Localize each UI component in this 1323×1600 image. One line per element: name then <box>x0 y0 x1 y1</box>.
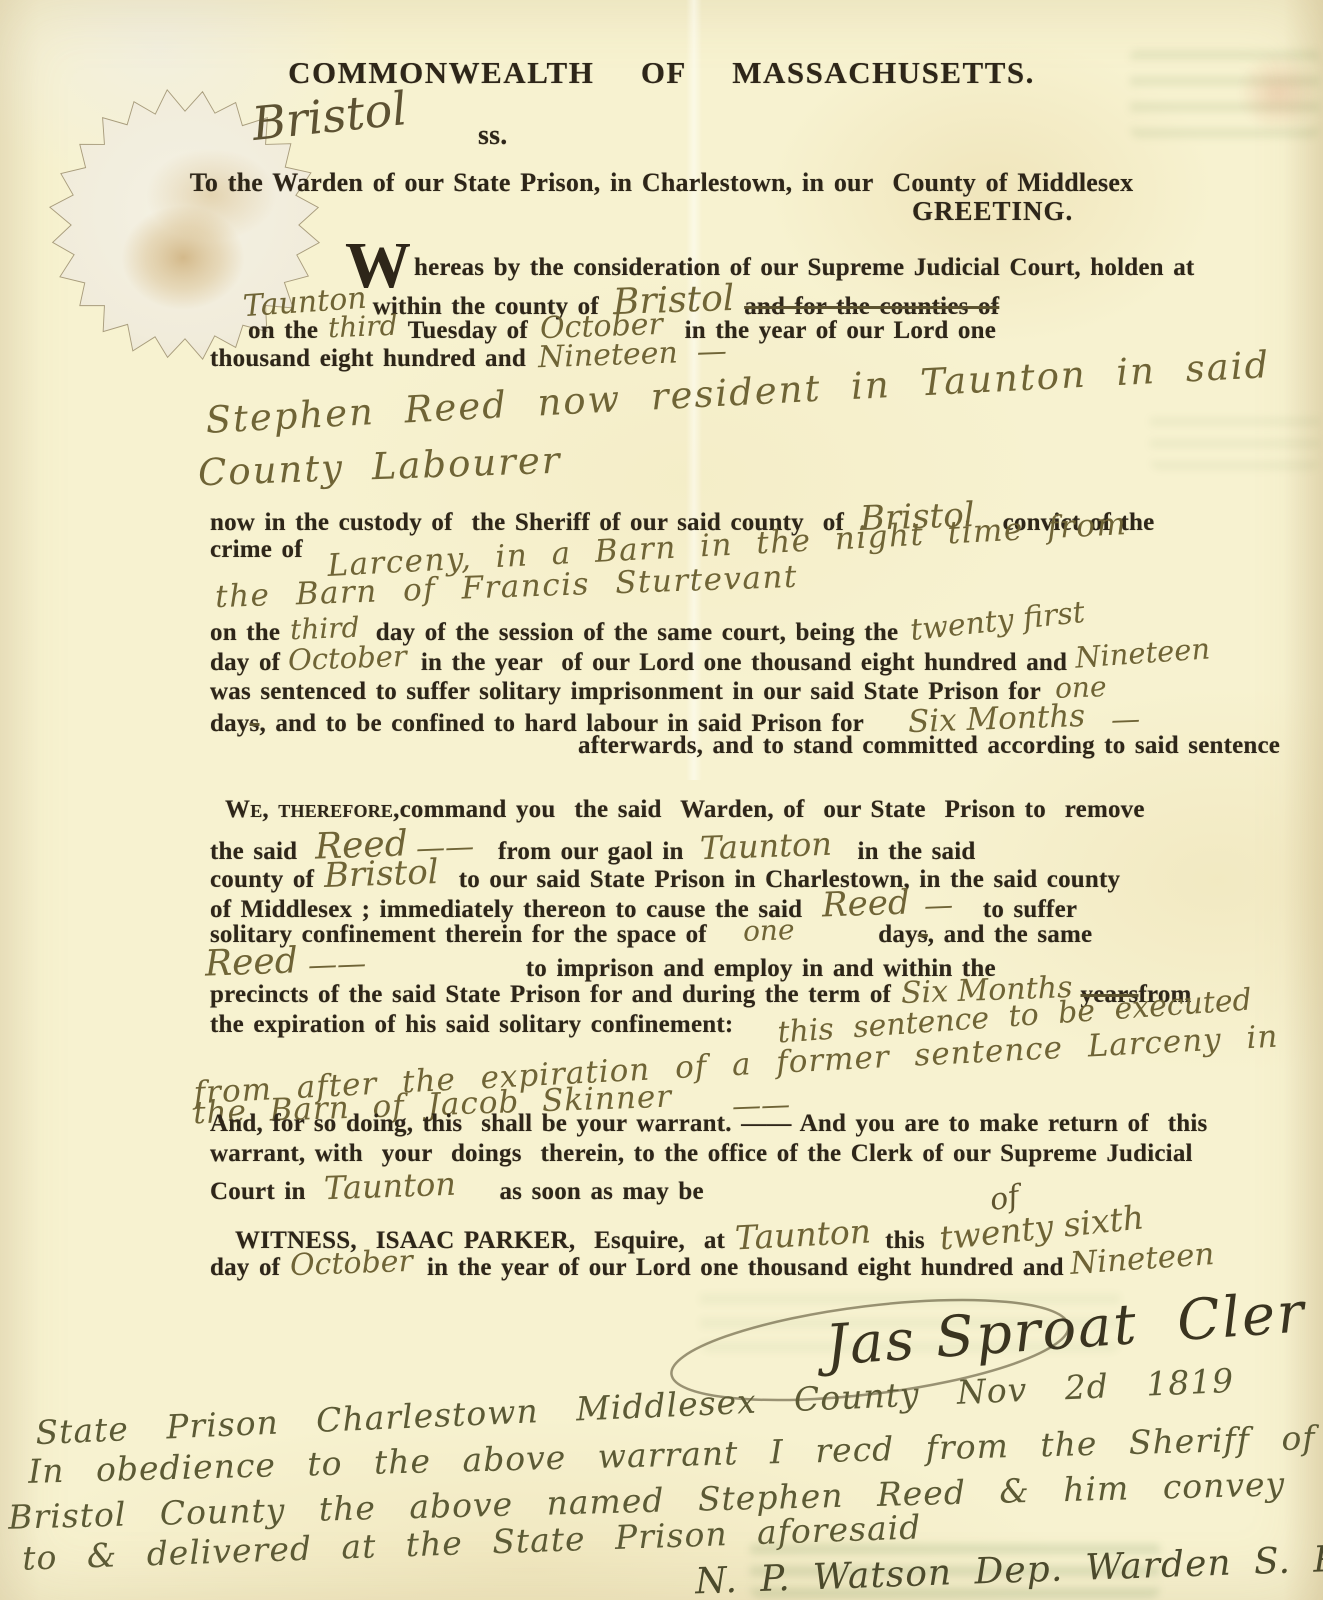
whereas-line4: thousand eight hundred andNineteen — <box>210 340 727 375</box>
warden-signature: N. P. Watson Dep. Warden S. P. <box>695 1550 1323 1591</box>
page-title: COMMONWEALTH OF MASSACHUSETTS. <box>0 55 1323 91</box>
year-fillin: Nineteen — <box>537 335 727 376</box>
crime-line2: the Barn of Francis Sturtevant <box>215 572 798 608</box>
sentencing-day-fillin: twenty first <box>909 596 1087 649</box>
space-term-fillin: one <box>742 914 795 948</box>
witness-month-fillin: October <box>290 1245 414 1284</box>
we-therefore-text: We, therefore, <box>225 796 400 823</box>
prisoner-name-line: Stephen Reed now resident in Taunton in … <box>205 374 1271 417</box>
warrant-line1: And, for so doing, this shall be your wa… <box>210 1110 1207 1139</box>
struck-plural-s: s <box>250 710 260 737</box>
greeting-line: GREETING. <box>912 196 1073 227</box>
return-line1: State Prison Charlestown Middlesex Count… <box>35 1388 1235 1426</box>
clerk-signature: Jas Sproat Cler <box>825 1300 1306 1364</box>
warrant-document-page: COMMONWEALTH OF MASSACHUSETTS. Bristol s… <box>0 0 1323 1600</box>
prisoner-occupation-line: County Labourer <box>198 448 561 491</box>
salutation-line: To the Warden of our State Prison, in Ch… <box>0 168 1323 198</box>
sentencing-month-fillin: October <box>288 640 408 677</box>
command-line1: We, therefore,command you the said Warde… <box>225 796 1145 825</box>
ss-abbreviation: ss. <box>478 120 507 152</box>
afterwards-line: afterwards, and to stand committed accor… <box>578 732 1280 761</box>
witness-line2: day ofOctoberin the year of our Lord one… <box>210 1248 1214 1284</box>
crime-line1: crime ofLarceny, in a Barn in the night … <box>210 530 1128 566</box>
crime-description-2: the Barn of Francis Sturtevant <box>215 560 799 616</box>
witness-year-fillin: Nineteen <box>1069 1237 1216 1283</box>
warrant-line2: warrant, with your doings therein, to th… <box>210 1140 1193 1169</box>
executed-note-2: from after the expiration of a former se… <box>193 1050 1279 1086</box>
return-line3: Bristol County the above named Stephen R… <box>8 1482 1285 1520</box>
whereas-line1: hereas by the consideration of our Supre… <box>414 254 1194 283</box>
court-place-fillin: Taunton <box>323 1166 456 1207</box>
bleedthrough-smudge-right <box>1150 408 1320 470</box>
court-return-line: Court inTauntonas soon as may be <box>210 1170 704 1207</box>
sentencing-year-fillin: Nineteen <box>1074 632 1211 675</box>
county-handwritten: Bristol <box>252 92 407 145</box>
